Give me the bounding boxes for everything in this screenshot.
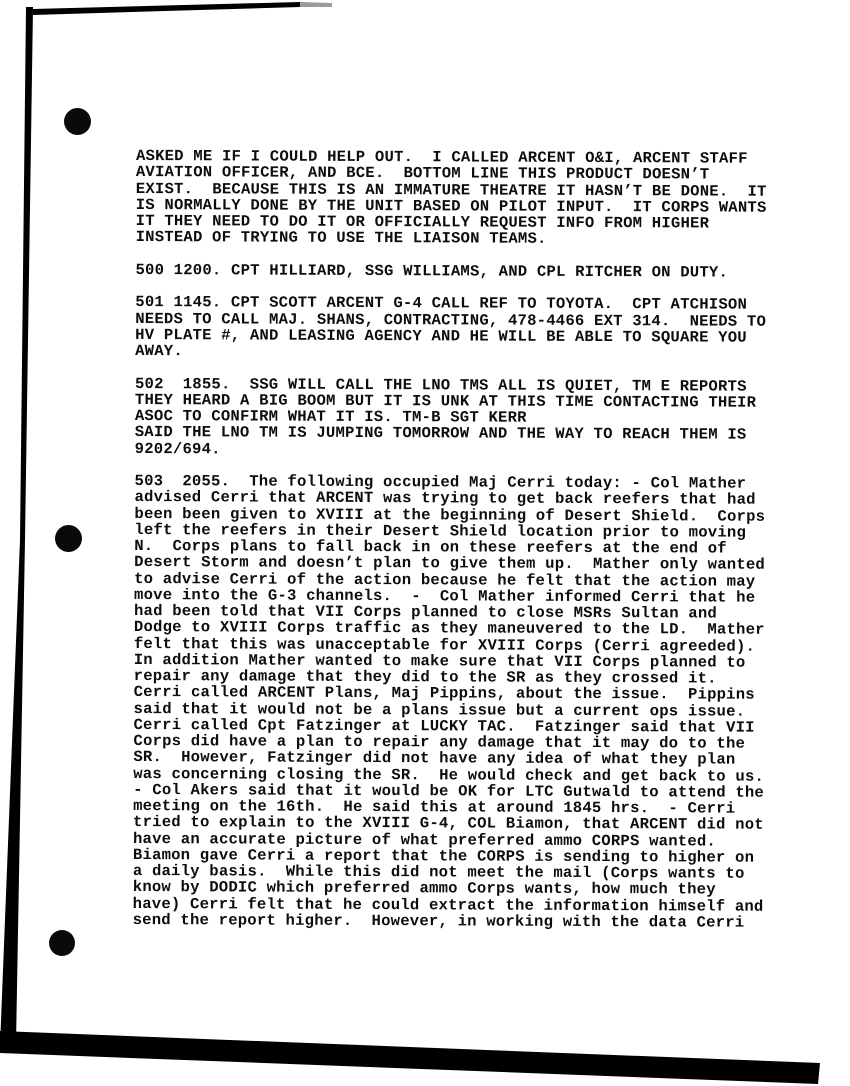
log-entry-502: 502 1855. SSG WILL CALL THE LNO TMS ALL … bbox=[135, 375, 795, 459]
scan-edge-left bbox=[0, 7, 33, 1046]
log-entry-501: 501 1145. CPT SCOTT ARCENT G-4 CALL REF … bbox=[135, 294, 795, 362]
hole-punch-bottom-icon bbox=[49, 930, 75, 956]
log-entry-503: 503 2055. The following occupied Maj Cer… bbox=[133, 473, 795, 931]
scan-edge-top bbox=[33, 2, 300, 15]
hole-punch-middle-icon bbox=[55, 525, 82, 552]
hole-punch-top-icon bbox=[64, 108, 91, 135]
scanned-document-page: ASKED ME IF I COULD HELP OUT. I CALLED A… bbox=[0, 0, 850, 1086]
log-entry-500: 500 1200. CPT HILLIARD, SSG WILLIAMS, AN… bbox=[135, 262, 795, 281]
document-text: ASKED ME IF I COULD HELP OUT. I CALLED A… bbox=[133, 148, 796, 931]
scan-edge-top-fade bbox=[300, 2, 332, 7]
scan-edge-bottom bbox=[0, 1031, 820, 1084]
log-continuation-paragraph: ASKED ME IF I COULD HELP OUT. I CALLED A… bbox=[136, 148, 796, 248]
